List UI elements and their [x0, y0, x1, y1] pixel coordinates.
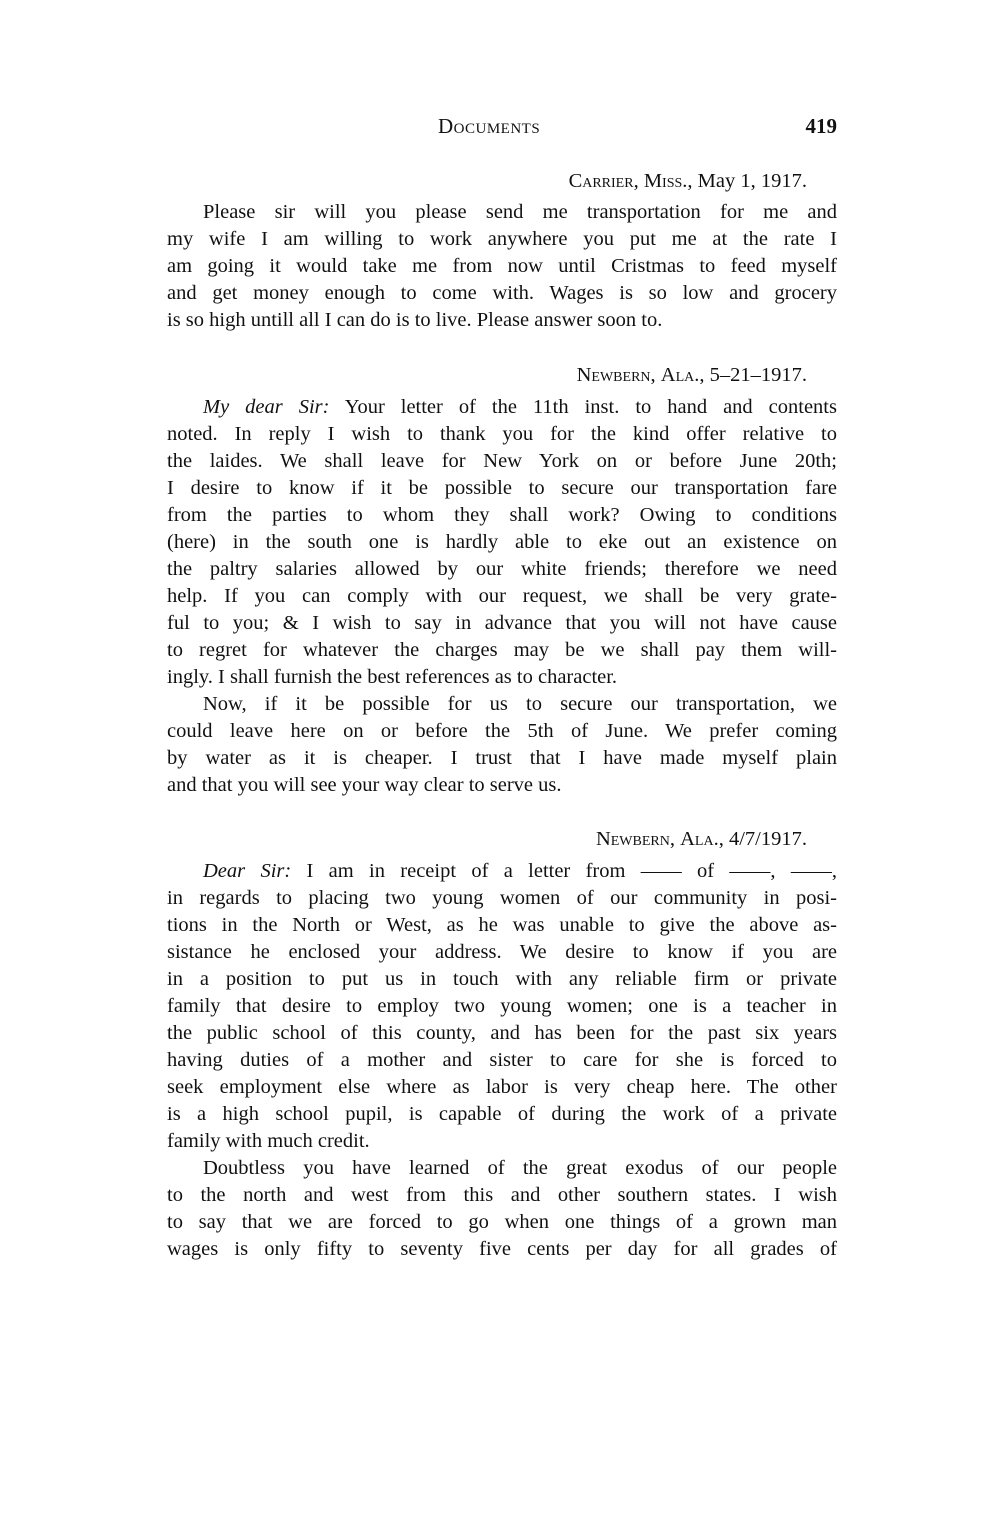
letter-3-line: to the north and west from this and othe… — [167, 1182, 837, 1209]
letter-2-line: could leave here on or before the 5th of… — [167, 718, 837, 745]
letter-3-line: seek employment else where as labor is v… — [167, 1074, 837, 1101]
page-number: 419 — [806, 114, 838, 139]
letter-3-salutation: Dear Sir: — [203, 860, 291, 882]
letter-2-salutation: My dear Sir: — [203, 396, 329, 418]
letter-3-line: is a high school pupil, is capable of du… — [167, 1101, 837, 1128]
letter-2-line: ful to you; & I wish to say in advance t… — [167, 610, 837, 637]
letter-2-state: Ala. — [661, 364, 700, 386]
letter-3-line: Dear Sir: I am in receipt of a letter fr… — [167, 858, 837, 885]
letter-3-line-text: I am in receipt of a letter from —— of —… — [291, 860, 837, 882]
letter-2-place: Newbern — [577, 364, 651, 386]
letter-2-line: I desire to know if it be possible to se… — [167, 475, 837, 502]
letter-2-dateline: Newbern, Ala., 5–21–1917. — [577, 362, 807, 389]
letter-3-line: having duties of a mother and sister to … — [167, 1047, 837, 1074]
letter-2-line: the laides. We shall leave for New York … — [167, 448, 837, 475]
letter-3-date: , 4/7/1917. — [719, 828, 807, 850]
letter-2-line: Now, if it be possible for us to secure … — [167, 691, 837, 718]
letter-3-line: wages is only fifty to seventy five cent… — [167, 1236, 837, 1263]
letter-3-line: family that desire to employ two young w… — [167, 993, 837, 1020]
letter-3-line: in regards to placing two young women of… — [167, 885, 837, 912]
letter-1-dateline: Carrier, Miss., May 1, 1917. — [569, 168, 807, 195]
letter-2-line: My dear Sir: Your letter of the 11th ins… — [167, 394, 837, 421]
letter-2-line: the paltry salaries allowed by our white… — [167, 556, 837, 583]
letter-2-line-text: Your letter of the 11th inst. to hand an… — [329, 396, 837, 418]
letter-1-line: am going it would take me from now until… — [167, 253, 837, 280]
letter-3-line: tions in the North or West, as he was un… — [167, 912, 837, 939]
letter-2-line: to regret for whatever the charges may b… — [167, 637, 837, 664]
letter-1-date: , May 1, 1917. — [687, 170, 807, 192]
running-title: Documents — [438, 114, 540, 139]
letter-1-place: Carrier — [569, 170, 634, 192]
letter-2-date: , 5–21–1917. — [699, 364, 807, 386]
letter-3-line: Doubtless you have learned of the great … — [167, 1155, 837, 1182]
letter-2-line: help. If you can comply with our request… — [167, 583, 837, 610]
letter-3-dateline: Newbern, Ala., 4/7/1917. — [596, 826, 807, 853]
letter-3-line: in a position to put us in touch with an… — [167, 966, 837, 993]
letter-2-line: (here) in the south one is hardly able t… — [167, 529, 837, 556]
letter-2-line: by water as it is cheaper. I trust that … — [167, 745, 837, 772]
letter-1-line: and get money enough to come with. Wages… — [167, 280, 837, 307]
letter-1-line: my wife I am willing to work anywhere yo… — [167, 226, 837, 253]
letter-1-line: is so high untill all I can do is to liv… — [167, 307, 837, 334]
letter-2-line: and that you will see your way clear to … — [167, 772, 837, 799]
letter-3-line: sistance he enclosed your address. We de… — [167, 939, 837, 966]
letter-3-place: Newbern — [596, 828, 670, 850]
letter-3-line: family with much credit. — [167, 1128, 837, 1155]
letter-2-line: noted. In reply I wish to thank you for … — [167, 421, 837, 448]
letter-3-line: the public school of this county, and ha… — [167, 1020, 837, 1047]
letter-1-state: Miss. — [644, 170, 688, 192]
letter-1-line: Please sir will you please send me trans… — [167, 199, 837, 226]
letter-3-line: to say that we are forced to go when one… — [167, 1209, 837, 1236]
running-header: Documents 419 — [167, 114, 837, 142]
letter-2-line: from the parties to whom they shall work… — [167, 502, 837, 529]
letter-2-line: ingly. I shall furnish the best referenc… — [167, 664, 837, 691]
letter-3-state: Ala. — [680, 828, 719, 850]
